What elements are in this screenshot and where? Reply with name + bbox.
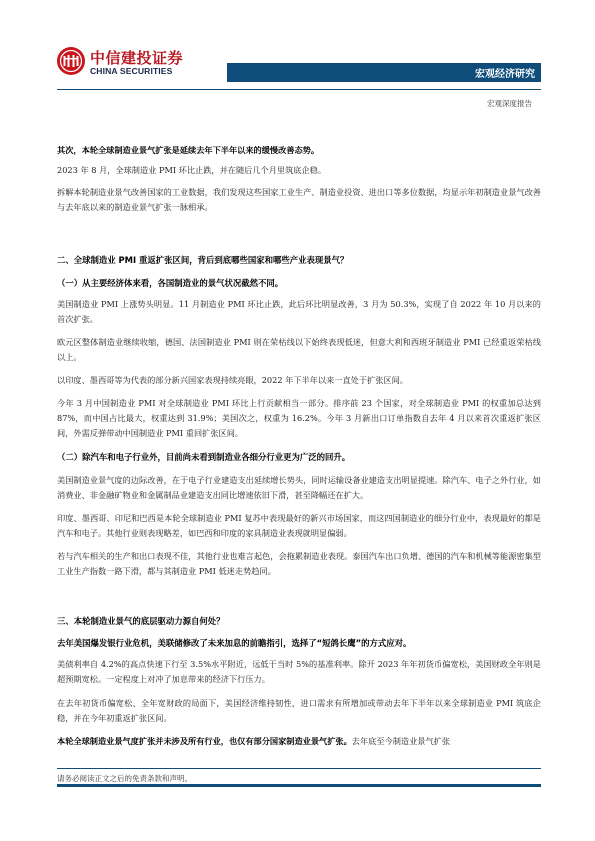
paragraph: 以印度、墨西哥等为代表的部分新兴国家表现持续亮眼，2022 年下半年以来一直处于… (57, 373, 541, 388)
key-point-2: 去年美国爆发银行业危机，美联储修改了未来加息的前瞻指引，选择了“短鸽长鹰”的方式… (57, 636, 541, 651)
paragraph: 美国制造业景气度的边际改善，在于电子行业建造支出延续增长势头，同时运输设备业建造… (57, 473, 541, 503)
paragraph: 美债利率自 4.2%的高点快速下行至 3.5%水平附近，远低于当时 5%的基准利… (57, 657, 541, 687)
report-page: 中信建投证券 CHINA SECURITIES 宏观经济研究 宏观深度报告 其次… (0, 0, 595, 841)
section-2-heading: 二、全球制造业 PMI 重返扩张区间，背后到底哪些国家和哪些产业表现景气？ (57, 253, 541, 268)
footer-band (57, 784, 541, 787)
paragraph: 美国制造业 PMI 上涨势头明显。11 月制造业 PMI 环比止跌，此后环比明显… (57, 297, 541, 327)
section-band: 宏观经济研究 (227, 63, 541, 82)
citic-logo-icon (57, 47, 85, 75)
research-category: 宏观经济研究 (475, 65, 535, 80)
section-3-heading: 三、本轮制造业景气的底层驱动力源自何处？ (57, 614, 541, 629)
header-divider (57, 89, 541, 90)
paragraph: 若与汽车相关的生产和出口表现不佳，其他行业也难言起色，会拖累制造业表现。泰国汽车… (57, 549, 541, 579)
company-logo: 中信建投证券 CHINA SECURITIES (57, 47, 187, 81)
paragraph: 2023 年 8 月，全球制造业 PMI 环比止跌，并在随后几个月里筑底企稳。 (57, 163, 541, 178)
key-point-1: 其次，本轮全球制造业景气扩张是延续去年下半年以来的缓慢改善态势。 (57, 143, 541, 158)
logo-english-name: CHINA SECURITIES (90, 66, 172, 76)
disclaimer-note: 请务必阅读正文之后的免责条款和声明。 (57, 773, 192, 784)
logo-chinese-name: 中信建投证券 (90, 47, 183, 68)
paragraph: 今年 3 月中国制造业 PMI 对全球制造业 PMI 环比上行贡献相当一部分。排… (57, 396, 541, 441)
paragraph: 本轮全球制造业景气度扩张并未涉及所有行业，也仅有部分国家制造业景气扩张。去年底至… (57, 734, 541, 749)
paragraph: 欧元区整体制造业继续收缩，德国、法国制造业 PMI 则在荣枯线以下始终表现低迷，… (57, 335, 541, 365)
bold-lead: 本轮全球制造业景气度扩张并未涉及所有行业，也仅有部分国家制造业景气扩张。 (57, 736, 352, 746)
paragraph: 在去年初货币偏宽松、全年宽财政的局面下，美国经济维持韧性，进口需求有所增加或带动… (57, 696, 541, 726)
subsection-1-heading: （一）从主要经济体来看，各国制造业的景气状况截然不同。 (57, 276, 541, 291)
paragraph: 拆解本轮制造业景气改善国家的工业数据，我们发现这些国家工业生产、制造业投资、进出… (57, 185, 541, 215)
subsection-2-heading: （二）除汽车和电子行业外，目前尚未看到制造业各细分行业更为广泛的回升。 (57, 450, 541, 465)
footer-divider (57, 768, 541, 769)
paragraph: 印度、墨西哥、印尼和巴西是本轮全球制造业 PMI 复苏中表现最好的新兴市场国家，… (57, 511, 541, 541)
paragraph-continuation: 去年底至今制造业景气扩张 (352, 736, 450, 746)
report-type-label: 宏观深度报告 (487, 98, 532, 109)
